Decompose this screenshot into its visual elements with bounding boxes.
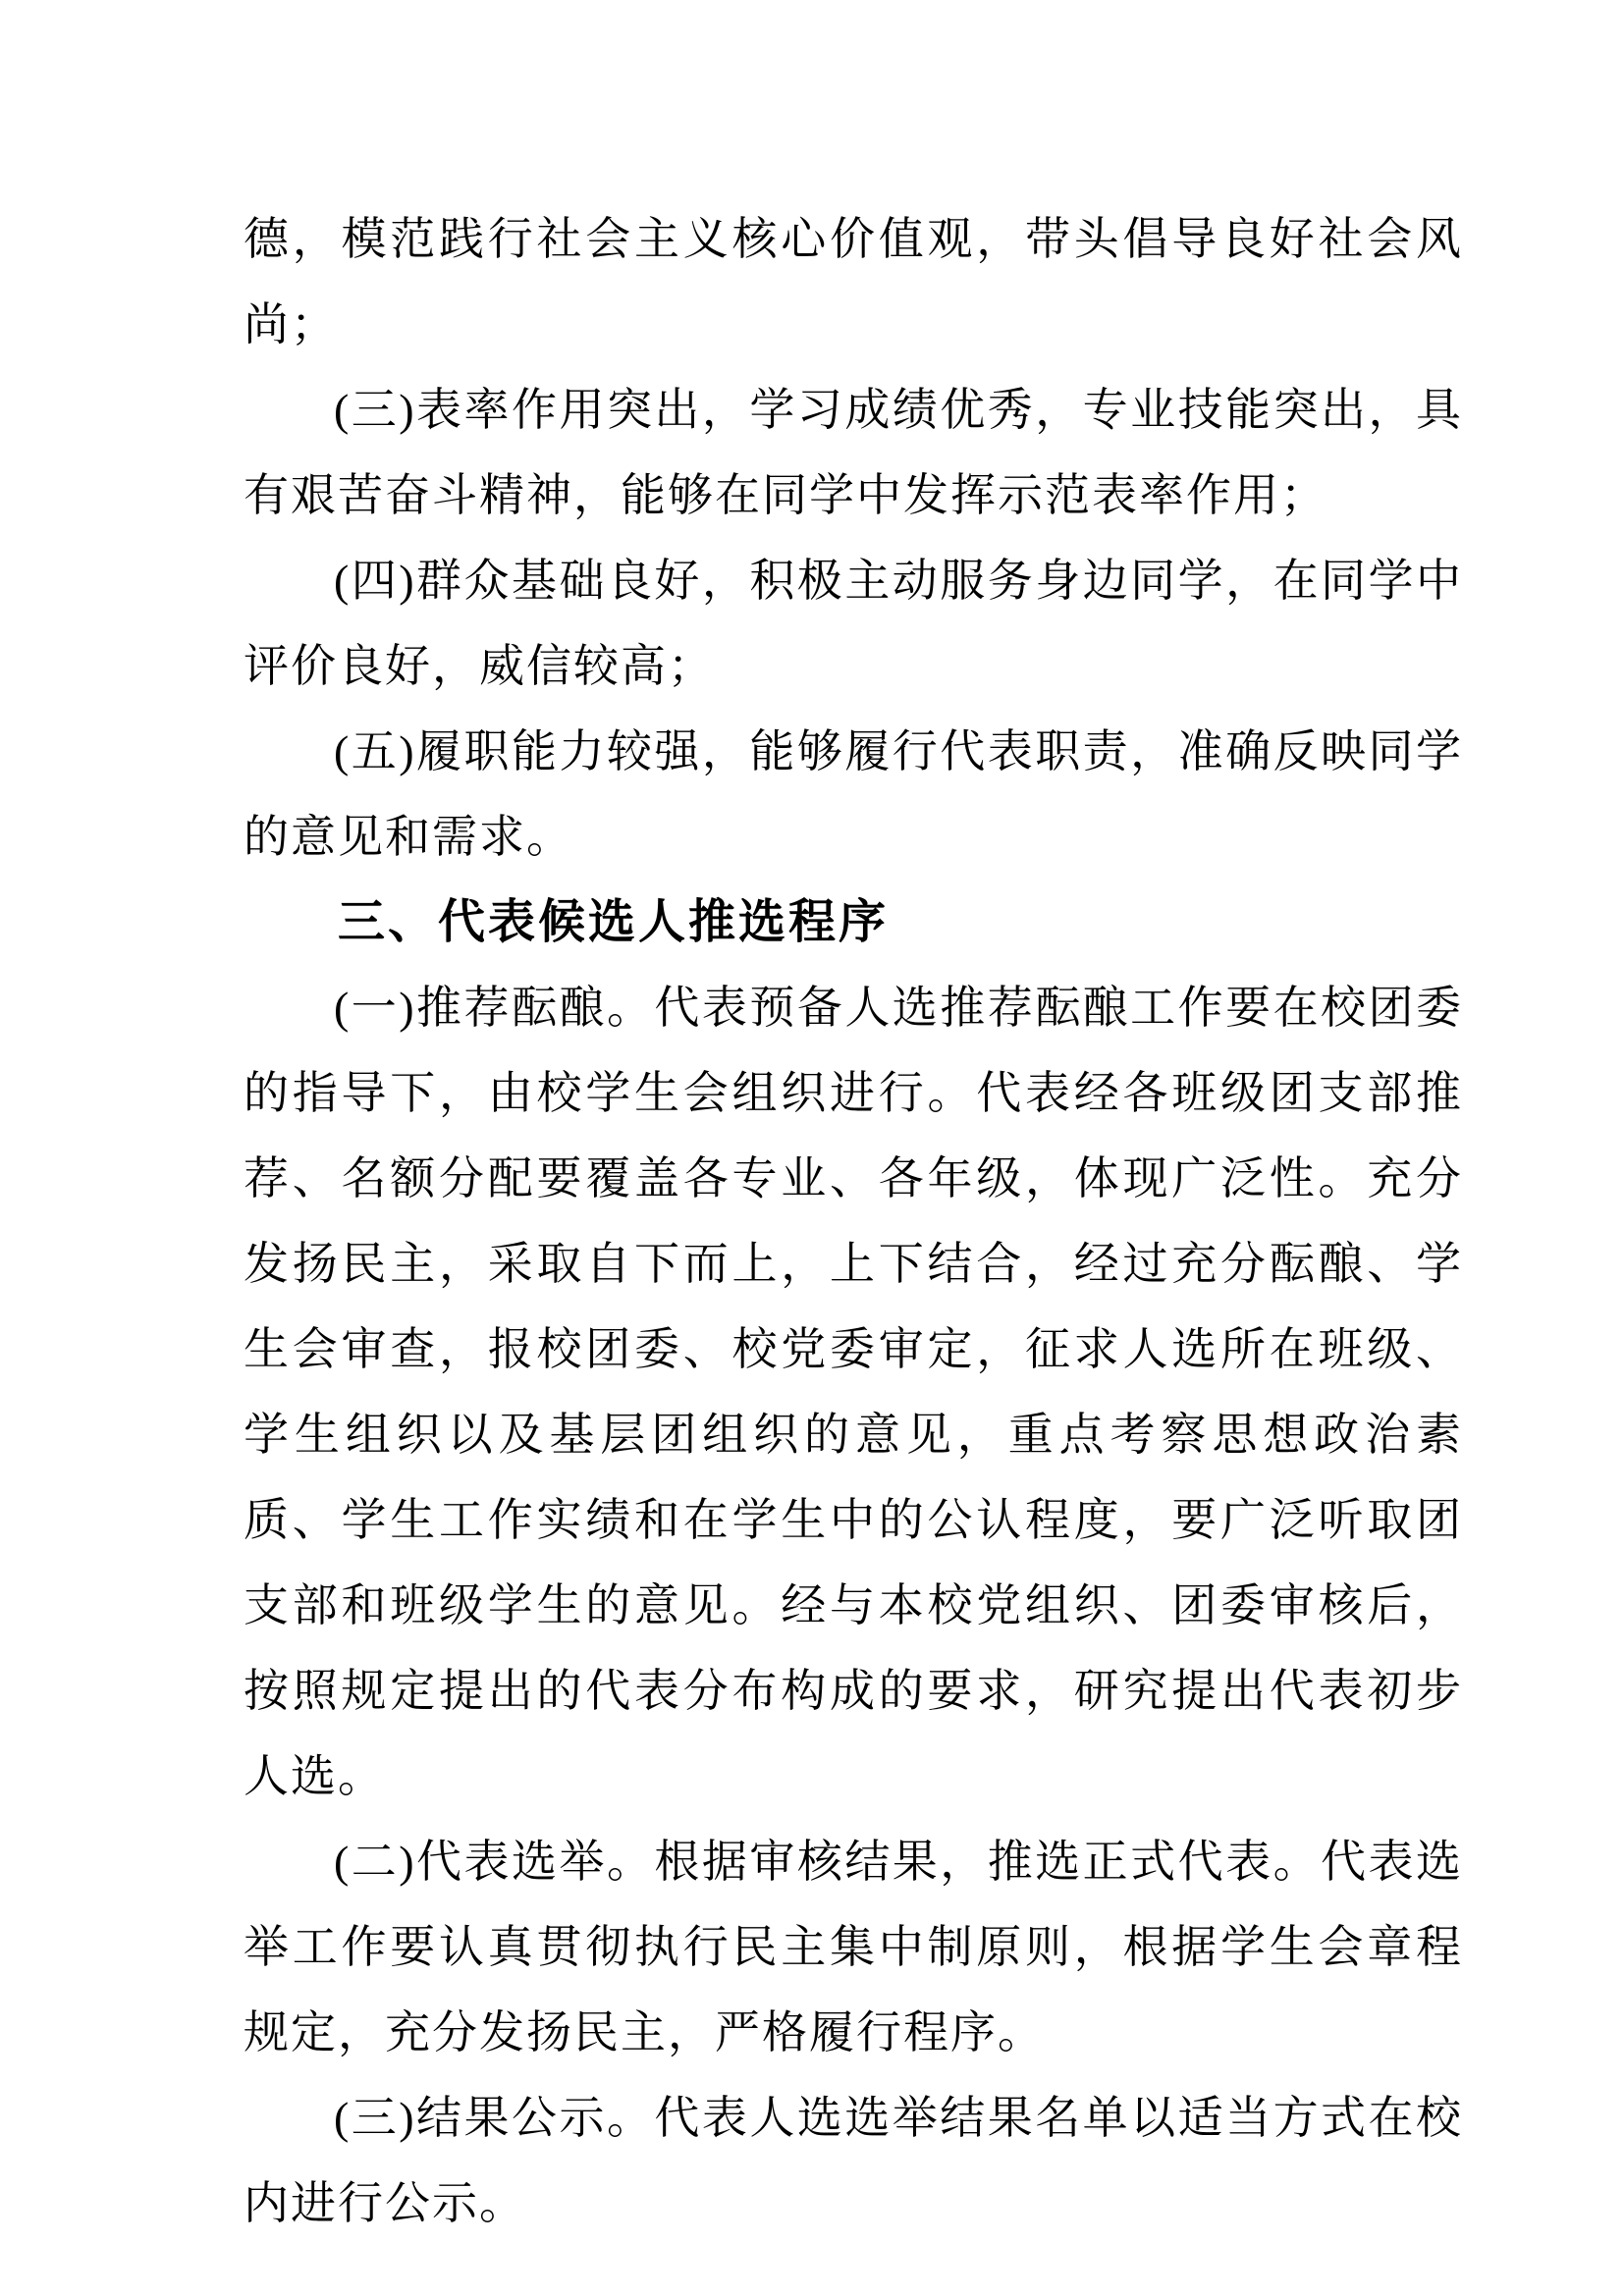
paragraph-criterion-5: (五)履职能力较强，能够履行代表职责，准确反映同学的意见和需求。 [244,709,1463,880]
paragraph-procedure-3: (三)结果公示。代表人选选举结果名单以适当方式在校内进行公示。 [244,2075,1463,2246]
paragraph-procedure-1: (一)推荐酝酿。代表预备人选推荐酝酿工作要在校团委的指导下，由校学生会组织进行。… [244,965,1463,1819]
document-page: 德，模范践行社会主义核心价值观，带头倡导良好社会风尚； (三)表率作用突出，学习… [0,0,1624,2296]
paragraph-procedure-2: (二)代表选举。根据审核结果，推选正式代表。代表选举工作要认真贯彻执行民主集中制… [244,1819,1463,2075]
paragraph-criterion-4: (四)群众基础良好，积极主动服务身边同学，在同学中评价良好，威信较高； [244,538,1463,709]
paragraph-criterion-3: (三)表率作用突出，学习成绩优秀，专业技能突出，具有艰苦奋斗精神，能够在同学中发… [244,367,1463,538]
section-heading: 三、代表候选人推选程序 [244,880,1463,965]
paragraph-continuation: 德，模范践行社会主义核心价值观，带头倡导良好社会风尚； [244,196,1463,367]
